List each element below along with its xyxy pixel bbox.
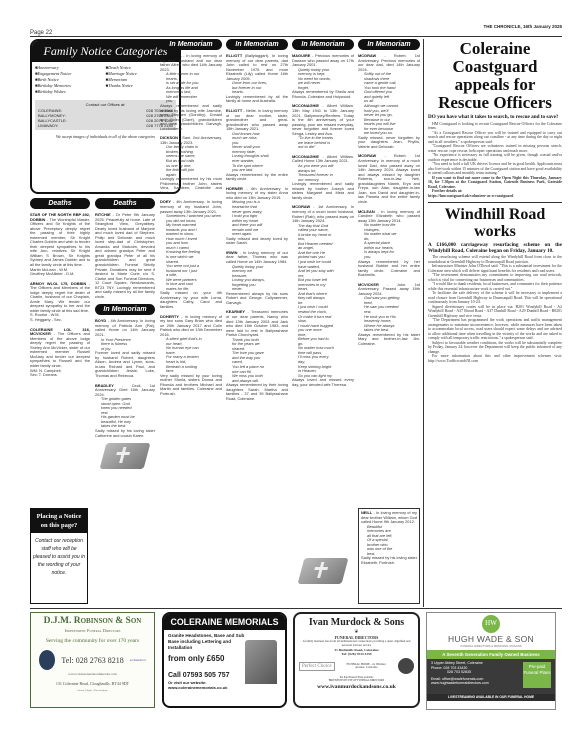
article-paragraph: HM Coastguard is looking to recruit Coas… xyxy=(428,122,562,131)
article-open-night: If you want to find out more come to the… xyxy=(428,176,562,190)
perfect-choice-logo: Perfect Choice xyxy=(299,662,335,671)
memoriam-notice: MCCONAGHIE - Albert William. 13th May 19… xyxy=(292,104,354,149)
family-notice-title: Family Notice Categories xyxy=(32,41,179,62)
ads-divider xyxy=(30,608,562,609)
section-header-in-memoriam: In Memoriam xyxy=(226,39,288,50)
category-list: Anniversary Death Notice Engagement Noti… xyxy=(32,62,179,98)
article-paragraph: Signed diversionary routes will be in pl… xyxy=(428,305,562,319)
article-lead: DO you have what it takes to search, to … xyxy=(428,115,562,121)
column-memoriam-4: In Memoriam ELLIOTT (Ballytaggart). In l… xyxy=(226,39,288,604)
column-memoriam-3: In Memoriam CAMPBELL - In loving memory … xyxy=(160,39,222,604)
memoriam-notice: MCGRAW - Robert. 1st Anniversary. Precio… xyxy=(358,54,420,149)
family-notice-categories-box: Family Notice Categories Anniversary Dea… xyxy=(30,39,181,194)
ad-banner: A Seventh Generation Family Owned Busine… xyxy=(427,650,555,659)
ad-title: Ivan Murdock & Sons xyxy=(295,617,418,628)
article-headline: Windhill Road works xyxy=(428,206,562,240)
office-name: LIMAVADY: xyxy=(38,123,59,128)
memoriam-notice: BRADLEY - Cecil. 1st Anniversary. Died 1… xyxy=(95,384,155,439)
article-paragraph: The resurfacing scheme will extend along… xyxy=(428,255,562,264)
ad-title: HUGH WADE & SON xyxy=(427,634,555,644)
category-item: Birthday Wishes xyxy=(35,89,106,95)
memoriam-notice: MAGUIRE - Precious memories of Dawson wh… xyxy=(292,54,354,99)
section-header-in-memoriam: In Memoriam xyxy=(292,39,354,50)
death-notice: COLERAINE LOL 316, MCVICKER - The Office… xyxy=(30,328,90,378)
ad-coleraine-memorials[interactable]: COLERAINE MEMORIALS Granite Headstones, … xyxy=(162,612,287,708)
notice-closing: Sadly missed by his loving sister Elizab… xyxy=(361,555,417,565)
ad-funeral-home: FUNERAL HOME - 2a Windsor Avenue, Colera… xyxy=(346,663,386,670)
memoriam-notice: NEILL - In loving memory of my dear brot… xyxy=(361,511,417,566)
notice-signature: S. Heggarty - Sec. xyxy=(30,317,62,322)
placing-title: Placing a Notice on this page? xyxy=(31,509,87,533)
article-paragraph: "As a Coastguard Rescue Officer you will… xyxy=(428,131,562,145)
notice-body: - The Worshipful Master, Officers and Si… xyxy=(30,217,90,267)
section-header-deaths: Deaths xyxy=(30,198,90,209)
neill-notice-box: NEILL - In loving memory of my dear brot… xyxy=(358,508,420,604)
notice-body: - Dr Peter 9th January 2025. Peacefully … xyxy=(95,212,155,299)
notice-closing: Sadly missed, never forgotten by your da… xyxy=(358,135,420,149)
header-rule xyxy=(30,36,562,37)
notice-closing: Always remembered by Sheila and Rhonda. … xyxy=(292,89,354,99)
notice-body: - The Officers and Members of the above … xyxy=(30,331,90,368)
article-paragraph: "The Department has programmed the work … xyxy=(428,318,562,341)
article-paragraph: "You need to hold a full UK drivers' lic… xyxy=(428,162,562,176)
column-memoriam-5: In Memoriam MAGUIRE - Precious memories … xyxy=(292,39,354,604)
ad-hugh-wade[interactable]: HW HUGH WADE & SON FUNERAL DIRECTORS & M… xyxy=(426,612,556,710)
ad-website: www.ivanmurdockandsons.co.uk xyxy=(295,684,418,690)
memoriam-notice: MCLEAN - In loving memory of Caroline El… xyxy=(358,210,420,278)
article-paragraph: For more information about this and othe… xyxy=(428,354,562,363)
column-divider xyxy=(423,39,424,607)
memoriam-notice: DICKSON - Sam. 2nd Anniversary. 13th Jan… xyxy=(160,136,222,195)
notice-closing: Lovingly remembered and sadly missed by … xyxy=(292,181,354,200)
notice-closing: Sadly missed by his loving sister Cather… xyxy=(95,428,155,438)
memoriam-notice: BOYD - 4th Anniversary. In loving memory… xyxy=(95,319,155,378)
notice-closing: Sadly missed on your 4th Anniversary by … xyxy=(160,290,222,309)
ad-address: 131 Coleraine Road, Cloughmills. BT44 9D… xyxy=(31,681,154,686)
article-headline: Coleraine Coastguard appeals for Rescue … xyxy=(428,40,562,112)
article-paragraph: Infrastructure Minister John O'Dowd said… xyxy=(428,264,562,273)
ad-website: www.colerainememorials.co.uk xyxy=(164,685,285,690)
section-header-in-memoriam: In Memoriam xyxy=(160,39,222,50)
death-notice: STAR OF THE NORTH RBP 492, DOBBIN - The … xyxy=(30,213,90,277)
notice-body: - Robert. 1st Anniversary. In memory of … xyxy=(358,153,420,203)
notice-closing: Always remembered and sadly missed by hi… xyxy=(160,103,222,131)
ad-website: www.robinsonandsonfunerals.com xyxy=(31,672,154,676)
ad-footer: LIVESTREAMING AVAILABLE IN OUR FUNERAL H… xyxy=(427,694,555,701)
notice-closing: Lovingly remembered by his mum Philomena… xyxy=(160,176,222,195)
notice-closing: Remembered always by his sons Robert and… xyxy=(226,291,288,305)
notice-closing: Always remembered by the entire family c… xyxy=(226,172,288,182)
memoriam-notice: IRWIN - In loving memory of our dear fat… xyxy=(226,251,288,306)
notice-closing: Always remembered by their loving daught… xyxy=(226,382,288,401)
ad-phone: Tel: 028 2763 8218 xyxy=(61,656,123,665)
death-notice: ARMOY WLOL 175, DOBBIN - The Officers an… xyxy=(30,282,90,323)
notice-body: - Treasured memories of our dear parents… xyxy=(226,309,288,337)
notice-closing: Very sadly missed by your loving mother … xyxy=(160,373,222,396)
ad-footer: Private Chapel | Funeral plans xyxy=(31,689,154,692)
headstone-icon xyxy=(245,640,277,684)
section-header-deaths: Deaths xyxy=(95,198,155,209)
placing-notice-box: Placing a Notice on this page? Contact o… xyxy=(30,508,88,604)
notice-closing: Always loved and missed every day, your … xyxy=(292,377,354,387)
memoriam-notice: ELLIOTT (Ballytaggart). In loving memory… xyxy=(226,54,288,104)
article-paragraph: "I would like to thank residents, local … xyxy=(428,282,562,291)
column-deaths-1: Deaths STAR OF THE NORTH RBP 492, DOBBIN… xyxy=(30,198,90,506)
section-header-in-memoriam: In Memoriam xyxy=(95,304,155,315)
office-contacts: Contact our Offices at: COLERAINE:028 70… xyxy=(35,100,176,130)
death-notice: RITCHIE - Dr Peter 9th January 2025. Pea… xyxy=(95,213,155,299)
notice-closing: Always remembered by his sister Mary and… xyxy=(358,332,420,346)
notice-closing: Forever loved and sadly missed by husban… xyxy=(95,350,155,378)
article-paragraph: "No experience is necessary as full trai… xyxy=(428,153,562,162)
wade-logo-icon: HW xyxy=(482,615,500,633)
verse-line: not to die" xyxy=(292,145,354,150)
notice-body: - The Officers and Members of the lodge … xyxy=(30,281,90,313)
notice-signature: Geoffrey McAllister - D.M. xyxy=(30,271,74,276)
article-coastguard: Coleraine Coastguard appeals for Rescue … xyxy=(428,40,562,363)
column-memoriam-6: In Memoriam MCGRAW - Robert. 1st Anniver… xyxy=(358,39,420,509)
memoriam-notice: DOEY - 4th Anniversary. In loving memory… xyxy=(160,200,222,309)
prepaid-plans-badge: Pre-paid Funeral Plans xyxy=(523,662,551,688)
memoriam-notice: MCVICKER - John. 1st Anniversary. Passed… xyxy=(358,283,420,347)
notice-body: - Albert William. 13th May 1941 to 13th … xyxy=(292,103,354,135)
contact-title: Contact our Offices at: xyxy=(38,102,173,107)
bible-illustration xyxy=(296,555,350,584)
article-divider xyxy=(428,202,562,203)
placing-body: Contact our reception staff who will be … xyxy=(31,533,87,581)
memoriam-notice: HORNER - 6th Anniversary. In loving memo… xyxy=(226,187,288,246)
ad-subtitle: Independent Funeral Directors xyxy=(31,628,154,633)
ecclesiastical-badge: ecclesiastical xyxy=(130,658,146,662)
office-row: LIMAVADY:028 7776 2130 xyxy=(38,123,173,128)
bible-illustration-icon xyxy=(100,443,151,469)
institute-seal-icon xyxy=(398,658,414,674)
notice-body: (Ballytaggart). In loving memory of our … xyxy=(226,53,288,81)
notice-signature: Sec: T. Dorrans. xyxy=(30,372,58,377)
ad-institute: BRITISH INSTITUTE OF FUNERAL DIRECTORS xyxy=(295,679,418,682)
memoriam-notice: MCCONAGHIE - Albert William. Called Home… xyxy=(292,155,354,200)
memoriam-notice: ELLIOTT - Nellie. In loving memory of ou… xyxy=(226,109,288,182)
ad-contact-panel: 3 Upper Abbey Street, Coleraine Phone: 0… xyxy=(427,659,555,701)
ad-subtitle: FUNERAL DIRECTORS & MEMORIAL MASONS xyxy=(427,644,555,648)
ad-robinson[interactable]: D.J.M. Robinson & Son Independent Funera… xyxy=(30,612,155,708)
article-paragraph: "The investment demonstrates my commitme… xyxy=(428,273,562,282)
ad-tagline: Serving the community for over 170 years xyxy=(31,638,154,644)
memoriam-notice: CAMPBELL - In loving memory of my dear h… xyxy=(160,54,222,131)
article-paragraph: "Coastguard Rescue Officers are voluntee… xyxy=(428,144,562,153)
memoriam-notice: KEARNEY - Treasured memories of our dear… xyxy=(226,310,288,401)
ad-description: A family business free from all multinat… xyxy=(295,640,418,647)
article-paragraph: Subject to favourable weather conditions… xyxy=(428,341,562,355)
images-note: We accept images of individuals in all o… xyxy=(32,132,179,141)
section-header-in-memoriam: In Memoriam xyxy=(358,39,420,50)
memoriam-notice: MCGRAW - Robert. 1st Anniversary. In mem… xyxy=(358,154,420,204)
ad-title: D.J.M. Robinson & Son xyxy=(31,616,154,626)
column-deaths-2: Deaths RITCHIE - Dr Peter 9th January 20… xyxy=(95,198,155,603)
notice-closing: Sadly missed and dearly loved by sister … xyxy=(226,236,288,246)
crest-icon xyxy=(39,650,55,670)
article-lead: A £166,000 carriageway resurfacing schem… xyxy=(428,243,562,254)
memoriam-notice: MCGRAW - 1st Anniversary. In memory of a… xyxy=(292,205,354,387)
article-paragraph: To facilitate the safe delivery of the s… xyxy=(428,291,562,305)
bible-icon xyxy=(298,558,349,584)
ad-title: COLERAINE MEMORIALS xyxy=(164,614,285,630)
notice-closing: Always remembered by her husband Bobbie … xyxy=(358,259,420,278)
memoriam-notice: DOHERTY - In loving memory of my two son… xyxy=(160,315,222,397)
notice-closing: Lovingly remembered by all the family at… xyxy=(226,94,288,104)
ad-ivan-murdock[interactable]: Ivan Murdock & Sons ❦ FUNERAL DIRECTORS … xyxy=(293,612,420,708)
article-url-link[interactable]: https://hmcoastguard.uk/volunteer-as-a-c… xyxy=(428,194,562,199)
masthead-date: THE CHRONICLE, 16th January 2025 xyxy=(483,24,562,29)
